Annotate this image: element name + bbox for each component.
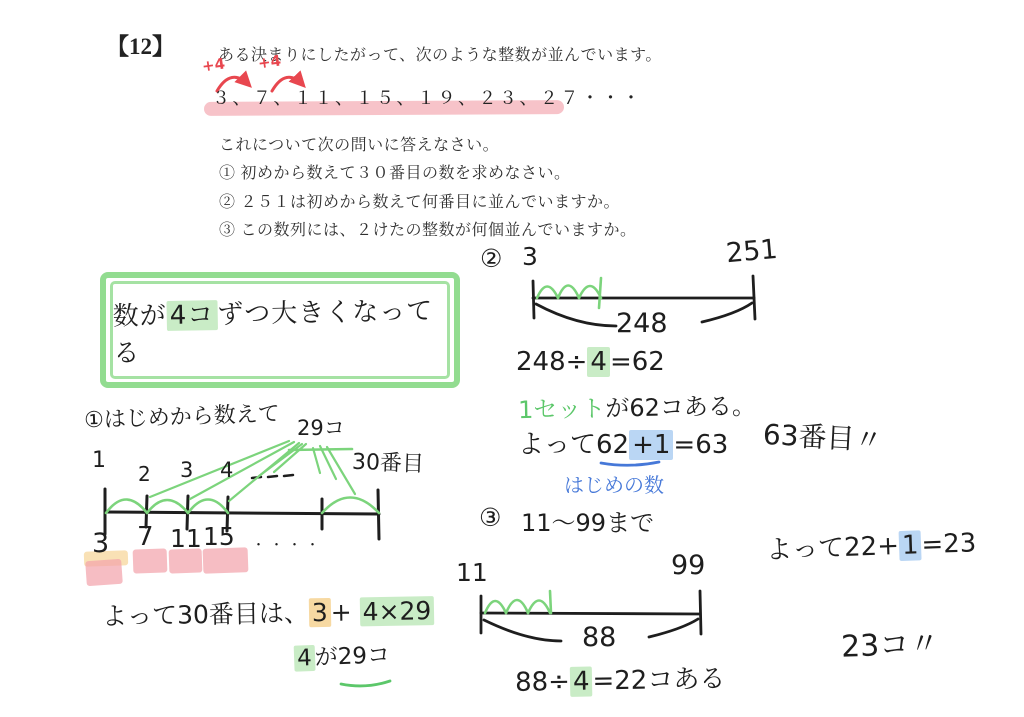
work3-label: ③ <box>479 503 501 532</box>
question-1: ① 初めから数えて３０番目の数を求めなさい。 <box>219 160 570 183</box>
work3-calc2-a: よって22+ <box>766 531 900 566</box>
work2-label: ② <box>480 244 502 273</box>
work2-set-rest: が62コある。 <box>605 392 756 423</box>
work1-tick-label-3: 3 <box>180 458 193 482</box>
work3-calc1-a: 88÷ <box>515 667 570 698</box>
insight-text: 数が4コずつ大きくなってる <box>112 290 447 370</box>
work2-start-value: 3 <box>522 242 538 271</box>
work1-value-1: 3 <box>92 528 109 559</box>
work3-answer: 23コ〃 <box>840 618 940 665</box>
worksheet-page: 【12】 ある決まりにしたがって、次のような整数が並んでいます。 +4 +4 ３… <box>0 0 1024 717</box>
work2-calc1-b: 4 <box>587 347 610 377</box>
work3-calc2-c: =23 <box>921 528 977 560</box>
work2-answer: 63番目〃 <box>762 413 884 459</box>
work2-note: はじめの数 <box>564 469 664 498</box>
work1-value4-pink-chip <box>203 547 249 574</box>
plus4-annotation-right: +4 <box>257 51 282 72</box>
work2-calc1-a: 248÷ <box>516 347 587 377</box>
work2-calc2-b: +1 <box>629 430 673 460</box>
work2-set-label: 1セット <box>518 395 606 425</box>
work1-tick-label-2: 2 <box>138 462 151 486</box>
work1-value1-pink-chip <box>85 559 123 586</box>
work1-value-3: 11 <box>170 524 202 553</box>
work1-value2-pink-chip <box>133 548 168 573</box>
diagram2-green-arcs <box>537 278 601 308</box>
work3-start-value: 11 <box>456 558 488 587</box>
blue-underline <box>601 462 659 465</box>
work2-calc2-c: =63 <box>673 430 728 460</box>
work3-gap-value: 88 <box>582 622 616 653</box>
work2-set-line: 1セットが62コある。 <box>518 386 756 425</box>
work3-calc2-b: 1 <box>898 530 922 561</box>
work1-tick-label-1: 1 <box>92 448 106 473</box>
question-2: ② ２５１は初めから数えて何番目に並んでいますか。 <box>219 189 620 212</box>
work1-note: 4が29コ <box>293 636 390 672</box>
work1-tick-label-4: 4 <box>220 458 233 482</box>
instruction-text: これについて次の問いに答えなさい。 <box>219 132 499 155</box>
insight-box-inner: 数が4コずつ大きくなってる <box>110 281 450 379</box>
insight-pre: 数が <box>112 301 167 332</box>
work2-end-value: 251 <box>725 234 779 269</box>
insight-highlighted: 4コ <box>166 300 217 331</box>
problem-intro: ある決まりにしたがって、次のような整数が並んでいます。 <box>218 42 662 65</box>
plus4-annotation-left: +4 <box>201 54 226 75</box>
work1-value-dots: ・・・・ <box>252 534 324 553</box>
work1-conclusion-expr: 4×29 <box>359 596 434 626</box>
work2-calc2: よって62+1=63 <box>518 424 728 461</box>
work3-range: 11〜99まで <box>521 503 654 538</box>
work2-calc1: 248÷4=62 <box>516 347 665 377</box>
insight-box: 数が4コずつ大きくなってる <box>100 272 460 388</box>
sequence-text: ３、７、１１、１５、１９、２３、２７・・・ <box>212 84 643 110</box>
work1-heading: ①はじめから数えて <box>84 397 281 435</box>
work1-conclusion: よって30番目は、3+ 4×29 <box>102 591 435 633</box>
work1-gap-count: 29コ <box>297 412 345 442</box>
work1-conclusion-start: 3 <box>309 598 331 627</box>
work3-end-value: 99 <box>671 550 705 581</box>
work1-note-29: 29コ <box>337 642 390 670</box>
work3-calc2: よって22+1=23 <box>765 522 976 566</box>
work1-note-4: 4 <box>294 645 316 672</box>
work2-gap-value: 248 <box>616 308 668 339</box>
work3-calc1: 88÷4=22コある <box>515 658 726 699</box>
work1-conclusion-pre: よって30番目は、 <box>102 598 309 631</box>
work1-value-2: 7 <box>137 522 154 552</box>
work2-calc2-a: よって62 <box>518 430 629 460</box>
green-underline <box>341 681 390 686</box>
problem-number: 【12】 <box>106 28 175 61</box>
work1-value-4: 15 <box>203 522 235 551</box>
work3-calc1-b: 4 <box>570 666 593 696</box>
work1-note-ga: が <box>314 644 338 671</box>
work1-end-label: 30番目 <box>351 445 424 478</box>
diagram1-green-arcs <box>106 498 379 514</box>
work3-calc1-c: =22コある <box>592 664 725 696</box>
diagram3-green-arcs <box>485 591 551 613</box>
question-3: ③ この数列には、２けたの整数が何個並んでいますか。 <box>219 217 636 240</box>
work1-conclusion-plus: + <box>330 598 351 627</box>
work2-calc1-c: =62 <box>610 347 665 377</box>
